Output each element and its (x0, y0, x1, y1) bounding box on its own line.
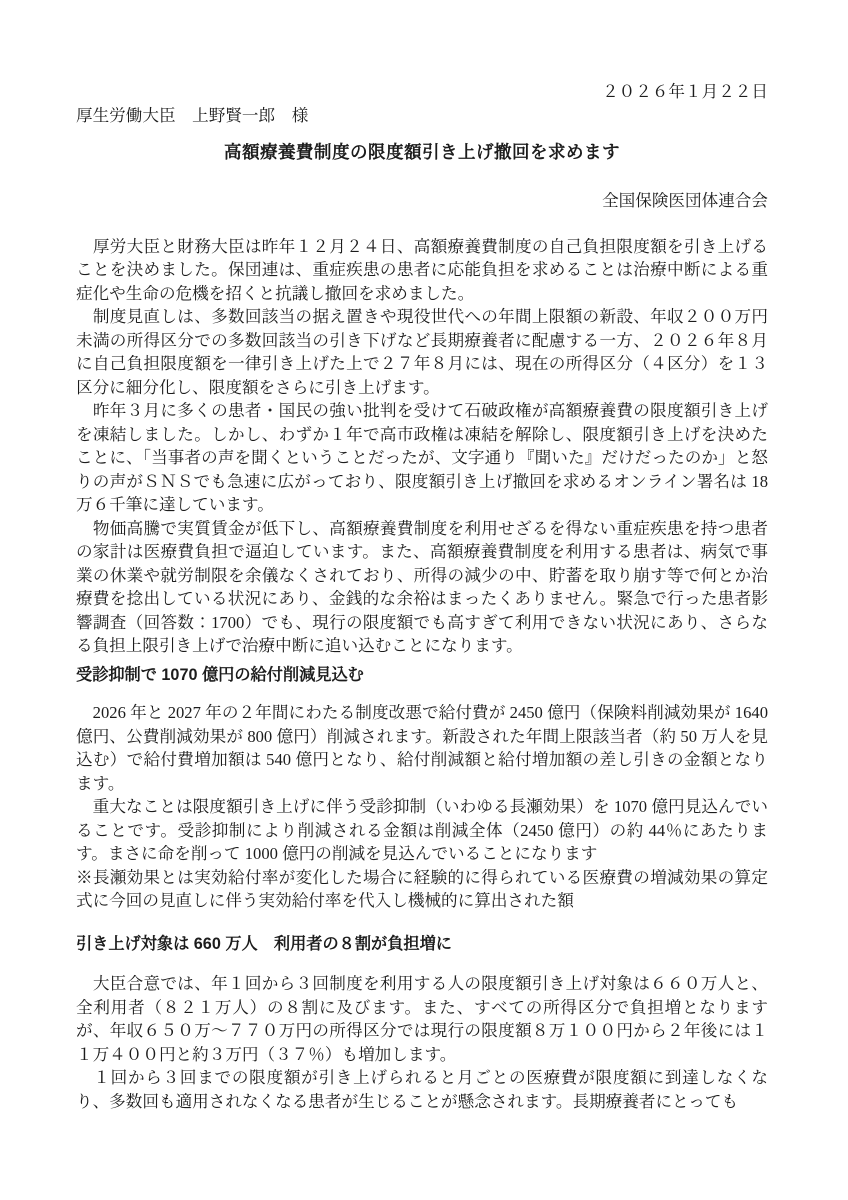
section-2-paragraph-1: 大臣合意では、年１回から３回制度を利用する人の限度額引き上げ対象は６６０万人と、… (76, 972, 768, 1066)
document-title: 高額療養費制度の限度額引き上げ撤回を求めます (76, 139, 768, 165)
section-1-paragraph-1: 2026 年と 2027 年の２年間にわたる制度改悪で給付費が 2450 億円（… (76, 701, 768, 795)
section-1-paragraph-2: 重大なことは限度額引き上げに伴う受診抑制（いわゆる長瀬効果）を 1070 億円見… (76, 795, 768, 866)
document-page: ２０２６年１月２２日 厚生労働大臣 上野賢一郎 様 高額療養費制度の限度額引き上… (0, 0, 848, 1200)
section-2-paragraph-2: １回から３回までの限度額が引き上げられると月ごとの医療費が限度額に到達しなくなり… (76, 1066, 768, 1113)
intro-paragraph-2: 制度見直しは、多数回該当の据え置きや現役世代への年間上限額の新設、年収２００万円… (76, 305, 768, 399)
intro-body: 厚労大臣と財務大臣は昨年１２月２４日、高額療養費制度の自己負担限度額を引き上げる… (76, 235, 768, 658)
intro-paragraph-1: 厚労大臣と財務大臣は昨年１２月２４日、高額療養費制度の自己負担限度額を引き上げる… (76, 235, 768, 306)
sender-line: 全国保険医団体連合会 (76, 189, 768, 213)
recipient-line: 厚生労働大臣 上野賢一郎 様 (76, 104, 768, 128)
section-heading-benefit-cut: 受診抑制で 1070 億円の給付削減見込む (76, 664, 768, 688)
date-line: ２０２６年１月２２日 (76, 80, 768, 104)
section-1-body: 2026 年と 2027 年の２年間にわたる制度改悪で給付費が 2450 億円（… (76, 701, 768, 913)
section-1-footnote: ※長瀬効果とは実効給付率が変化した場合に経験的に得られている医療費の増減効果の算… (76, 866, 768, 913)
intro-paragraph-3: 昨年３月に多くの患者・国民の強い批判を受けて石破政権が高額療養費の限度額引き上げ… (76, 399, 768, 517)
section-2-body: 大臣合意では、年１回から３回制度を利用する人の限度額引き上げ対象は６６０万人と、… (76, 972, 768, 1113)
intro-paragraph-4: 物価高騰で実質賃金が低下し、高額療養費制度を利用せざるを得ない重症疾患を持つ患者… (76, 517, 768, 658)
section-heading-target-scope: 引き上げ対象は 660 万人 利用者の８割が負担増に (76, 933, 768, 957)
